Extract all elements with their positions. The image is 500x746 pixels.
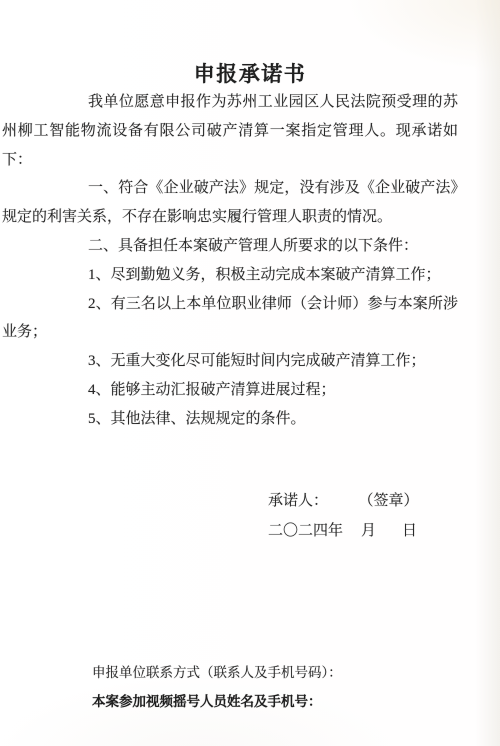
footer-video-lottery-line: 本案参加视频摇号人员姓名及手机号： (92, 687, 342, 716)
date-year: 二〇二四年 (268, 523, 343, 539)
footer-contact-line: 申报单位联系方式（联系人及手机号码）： (92, 658, 342, 687)
condition-1: 1、尽到勤勉义务，积极主动完成本案破产清算工作； (2, 261, 458, 290)
footer-block: 申报单位联系方式（联系人及手机号码）： 本案参加视频摇号人员姓名及手机号： (92, 658, 342, 716)
document-body: 我单位愿意申报作为苏州工业园区人民法院预受理的苏州柳工智能物流设备有限公司破产清… (2, 88, 458, 434)
date-month: 月 (361, 523, 376, 539)
document-title: 申报承诺书 (0, 58, 500, 88)
promisor-label: 承诺人： (268, 493, 328, 509)
condition-3: 3、无重大变化尽可能短时间内完成破产清算工作； (2, 347, 458, 376)
signature-promisor-row: 承诺人：（签章） (268, 486, 419, 516)
clause-two: 二、具备担任本案破产管理人所要求的以下条件： (2, 232, 458, 261)
signature-date-row: 二〇二四年月日 (268, 516, 419, 546)
signature-block: 承诺人：（签章） 二〇二四年月日 (268, 486, 419, 546)
seal-label: （签章） (366, 493, 419, 509)
condition-5: 5、其他法律、法规规定的条件。 (2, 405, 458, 434)
condition-2: 2、有三名以上本单位职业律师（会计师）参与本案所涉业务； (2, 290, 458, 348)
clause-one: 一、符合《企业破产法》规定，没有涉及《企业破产法》规定的利害关系，不存在影响忠实… (2, 174, 458, 232)
date-day: 日 (402, 523, 417, 539)
scanned-document-page: 申报承诺书 我单位愿意申报作为苏州工业园区人民法院预受理的苏州柳工智能物流设备有… (0, 0, 500, 746)
condition-4: 4、能够主动汇报破产清算进展过程； (2, 376, 458, 405)
paragraph-intro: 我单位愿意申报作为苏州工业园区人民法院预受理的苏州柳工智能物流设备有限公司破产清… (2, 88, 458, 174)
